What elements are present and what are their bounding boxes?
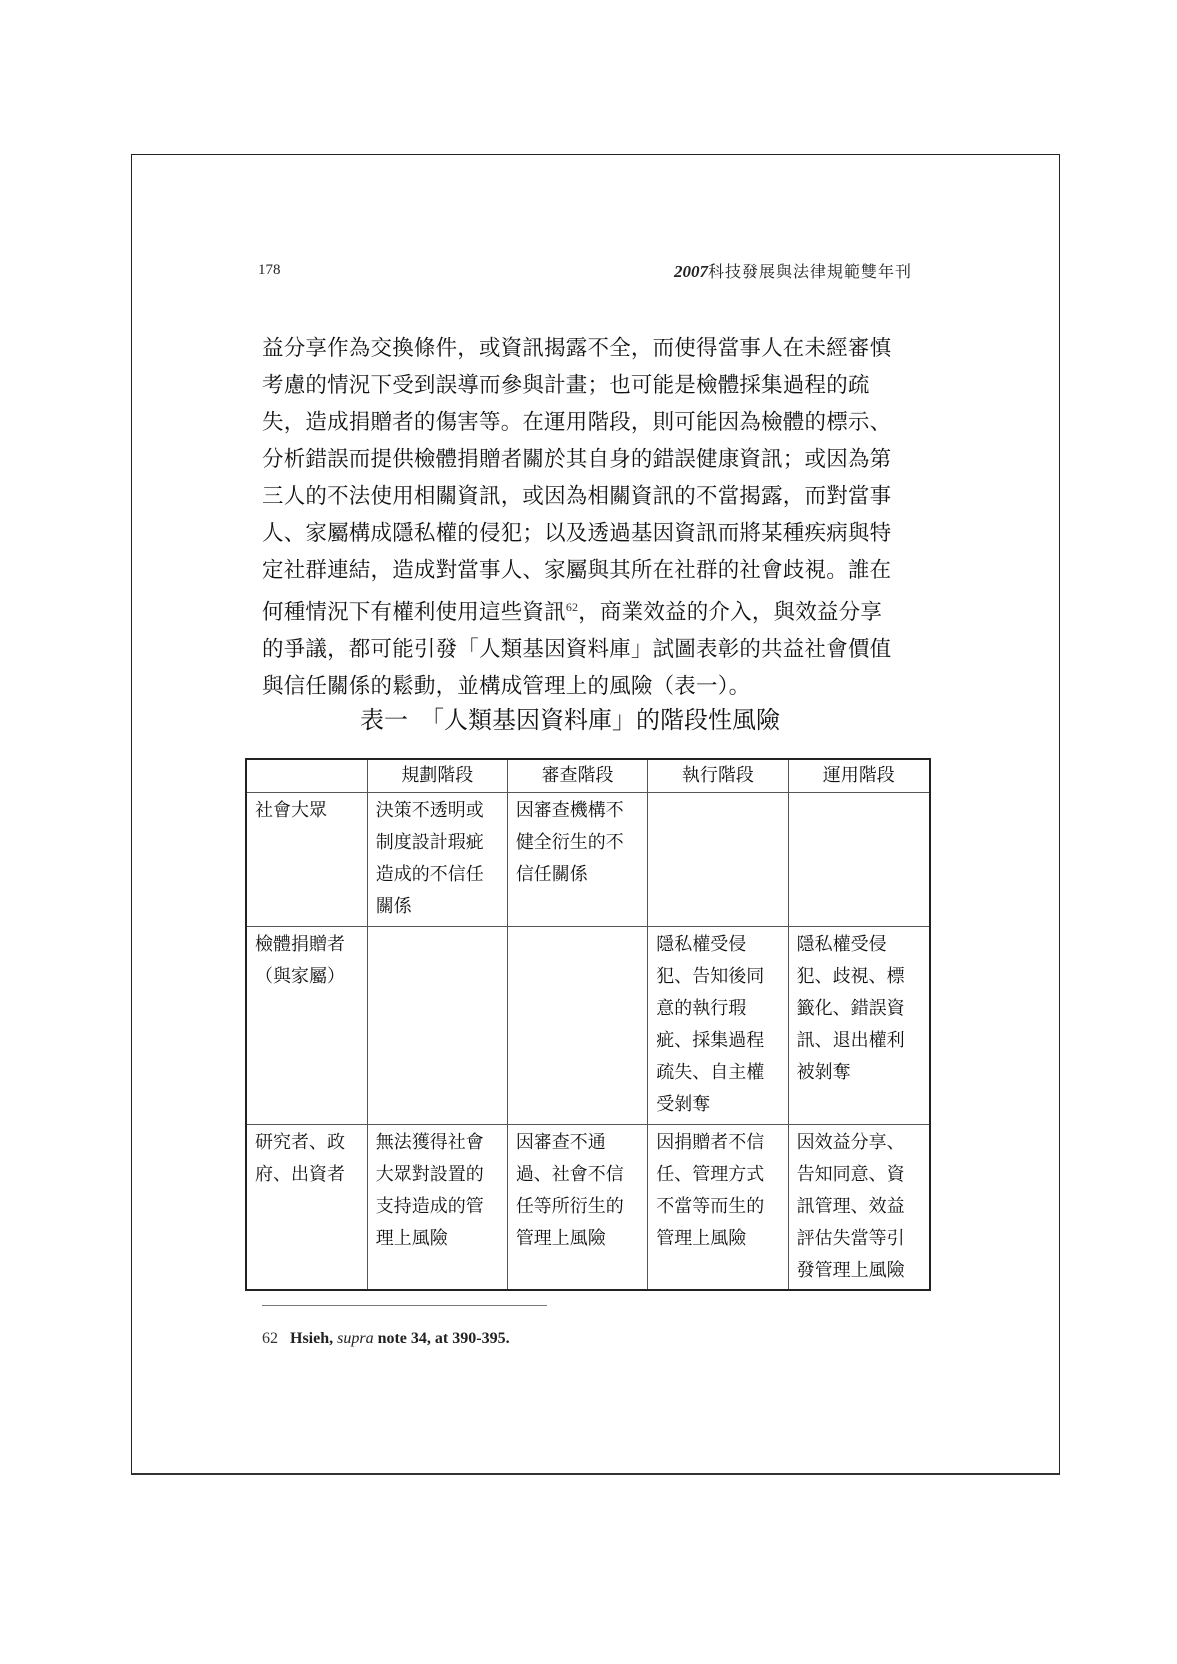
body-line: 分析錯誤而提供檢體捐贈者關於其自身的錯誤健康資訊；或因為第 bbox=[262, 441, 922, 478]
body-text-segment: 何種情況下有權利使用這些資訊 bbox=[262, 600, 566, 625]
table-row: 檢體捐贈者（與家屬） 隱私權受侵犯、告知後同意的執行瑕疵、採集過程疏失、自主權受… bbox=[246, 927, 930, 1125]
body-paragraph: 益分享作為交換條件，或資訊揭露不全，而使得當事人在未經審慎 考慮的情況下受到誤導… bbox=[262, 330, 922, 705]
body-line: 的爭議，都可能引發「人類基因資料庫」試圖表彰的共益社會價值 bbox=[262, 631, 922, 668]
footnote-author: Hsieh, bbox=[290, 1330, 333, 1347]
running-head: 2007科技發展與法律規範雙年刊 bbox=[674, 259, 912, 282]
risk-table: 規劃階段 審查階段 執行階段 運用階段 社會大眾 決策不透明或制度設計瑕疵造成的… bbox=[245, 758, 931, 1291]
table-header-row: 規劃階段 審查階段 執行階段 運用階段 bbox=[246, 759, 930, 793]
column-header: 執行階段 bbox=[648, 759, 788, 793]
footnote-number: 62 bbox=[262, 1330, 278, 1347]
column-header bbox=[246, 759, 367, 793]
column-header: 運用階段 bbox=[788, 759, 930, 793]
row-header: 檢體捐贈者（與家屬） bbox=[246, 927, 367, 1125]
table-cell: 因效益分享、告知同意、資訊管理、效益評估失當等引發管理上風險 bbox=[788, 1125, 930, 1291]
footnote-separator bbox=[262, 1305, 547, 1306]
body-line: 失，造成捐贈者的傷害等。在運用階段，則可能因為檢體的標示、 bbox=[262, 404, 922, 441]
page-number: 178 bbox=[258, 262, 281, 279]
body-line: 三人的不法使用相關資訊，或因為相關資訊的不當揭露，而對當事 bbox=[262, 478, 922, 515]
body-line: 考慮的情況下受到誤導而參與計畫；也可能是檢體採集過程的疏 bbox=[262, 367, 922, 404]
table-title: 表一 「人類基因資料庫」的階段性風險 bbox=[360, 700, 780, 735]
body-text-segment: ，商業效益的介入，與效益分享 bbox=[578, 600, 882, 625]
footnote-supra: supra bbox=[337, 1330, 373, 1347]
footnote: 62 Hsieh, supra note 34, at 390-395. bbox=[262, 1330, 510, 1348]
running-head-year: 2007 bbox=[674, 262, 708, 281]
table-cell: 因捐贈者不信任、管理方式不當等而生的管理上風險 bbox=[648, 1125, 788, 1291]
body-line: 何種情況下有權利使用這些資訊62，商業效益的介入，與效益分享 bbox=[262, 589, 922, 631]
table-row: 研究者、政府、出資者 無法獲得社會大眾對設置的支持造成的管理上風險 因審查不通過… bbox=[246, 1125, 930, 1291]
row-header: 社會大眾 bbox=[246, 793, 367, 927]
column-header: 審查階段 bbox=[507, 759, 647, 793]
body-line: 定社群連結，造成對當事人、家屬與其所在社群的社會歧視。誰在 bbox=[262, 552, 922, 589]
row-header: 研究者、政府、出資者 bbox=[246, 1125, 367, 1291]
running-head-title: 科技發展與法律規範雙年刊 bbox=[708, 262, 912, 281]
table-cell bbox=[507, 927, 647, 1125]
body-line: 人、家屬構成隱私權的侵犯；以及透過基因資訊而將某種疾病與特 bbox=[262, 515, 922, 552]
table-cell: 隱私權受侵犯、告知後同意的執行瑕疵、採集過程疏失、自主權受剝奪 bbox=[648, 927, 788, 1125]
table-cell: 隱私權受侵犯、歧視、標籤化、錯誤資訊、退出權利被剝奪 bbox=[788, 927, 930, 1125]
table-cell: 因審查不通過、社會不信任等所衍生的管理上風險 bbox=[507, 1125, 647, 1291]
table-cell: 因審查機構不健全衍生的不信任關係 bbox=[507, 793, 647, 927]
footnote-citation: note 34, at 390-395. bbox=[378, 1330, 510, 1347]
table-cell bbox=[367, 927, 507, 1125]
table-cell: 無法獲得社會大眾對設置的支持造成的管理上風險 bbox=[367, 1125, 507, 1291]
table-row: 社會大眾 決策不透明或制度設計瑕疵造成的不信任關係 因審查機構不健全衍生的不信任… bbox=[246, 793, 930, 927]
footnote-reference[interactable]: 62 bbox=[566, 600, 578, 614]
table-cell bbox=[788, 793, 930, 927]
column-header: 規劃階段 bbox=[367, 759, 507, 793]
table-cell bbox=[648, 793, 788, 927]
body-line: 益分享作為交換條件，或資訊揭露不全，而使得當事人在未經審慎 bbox=[262, 330, 922, 367]
table-cell: 決策不透明或制度設計瑕疵造成的不信任關係 bbox=[367, 793, 507, 927]
